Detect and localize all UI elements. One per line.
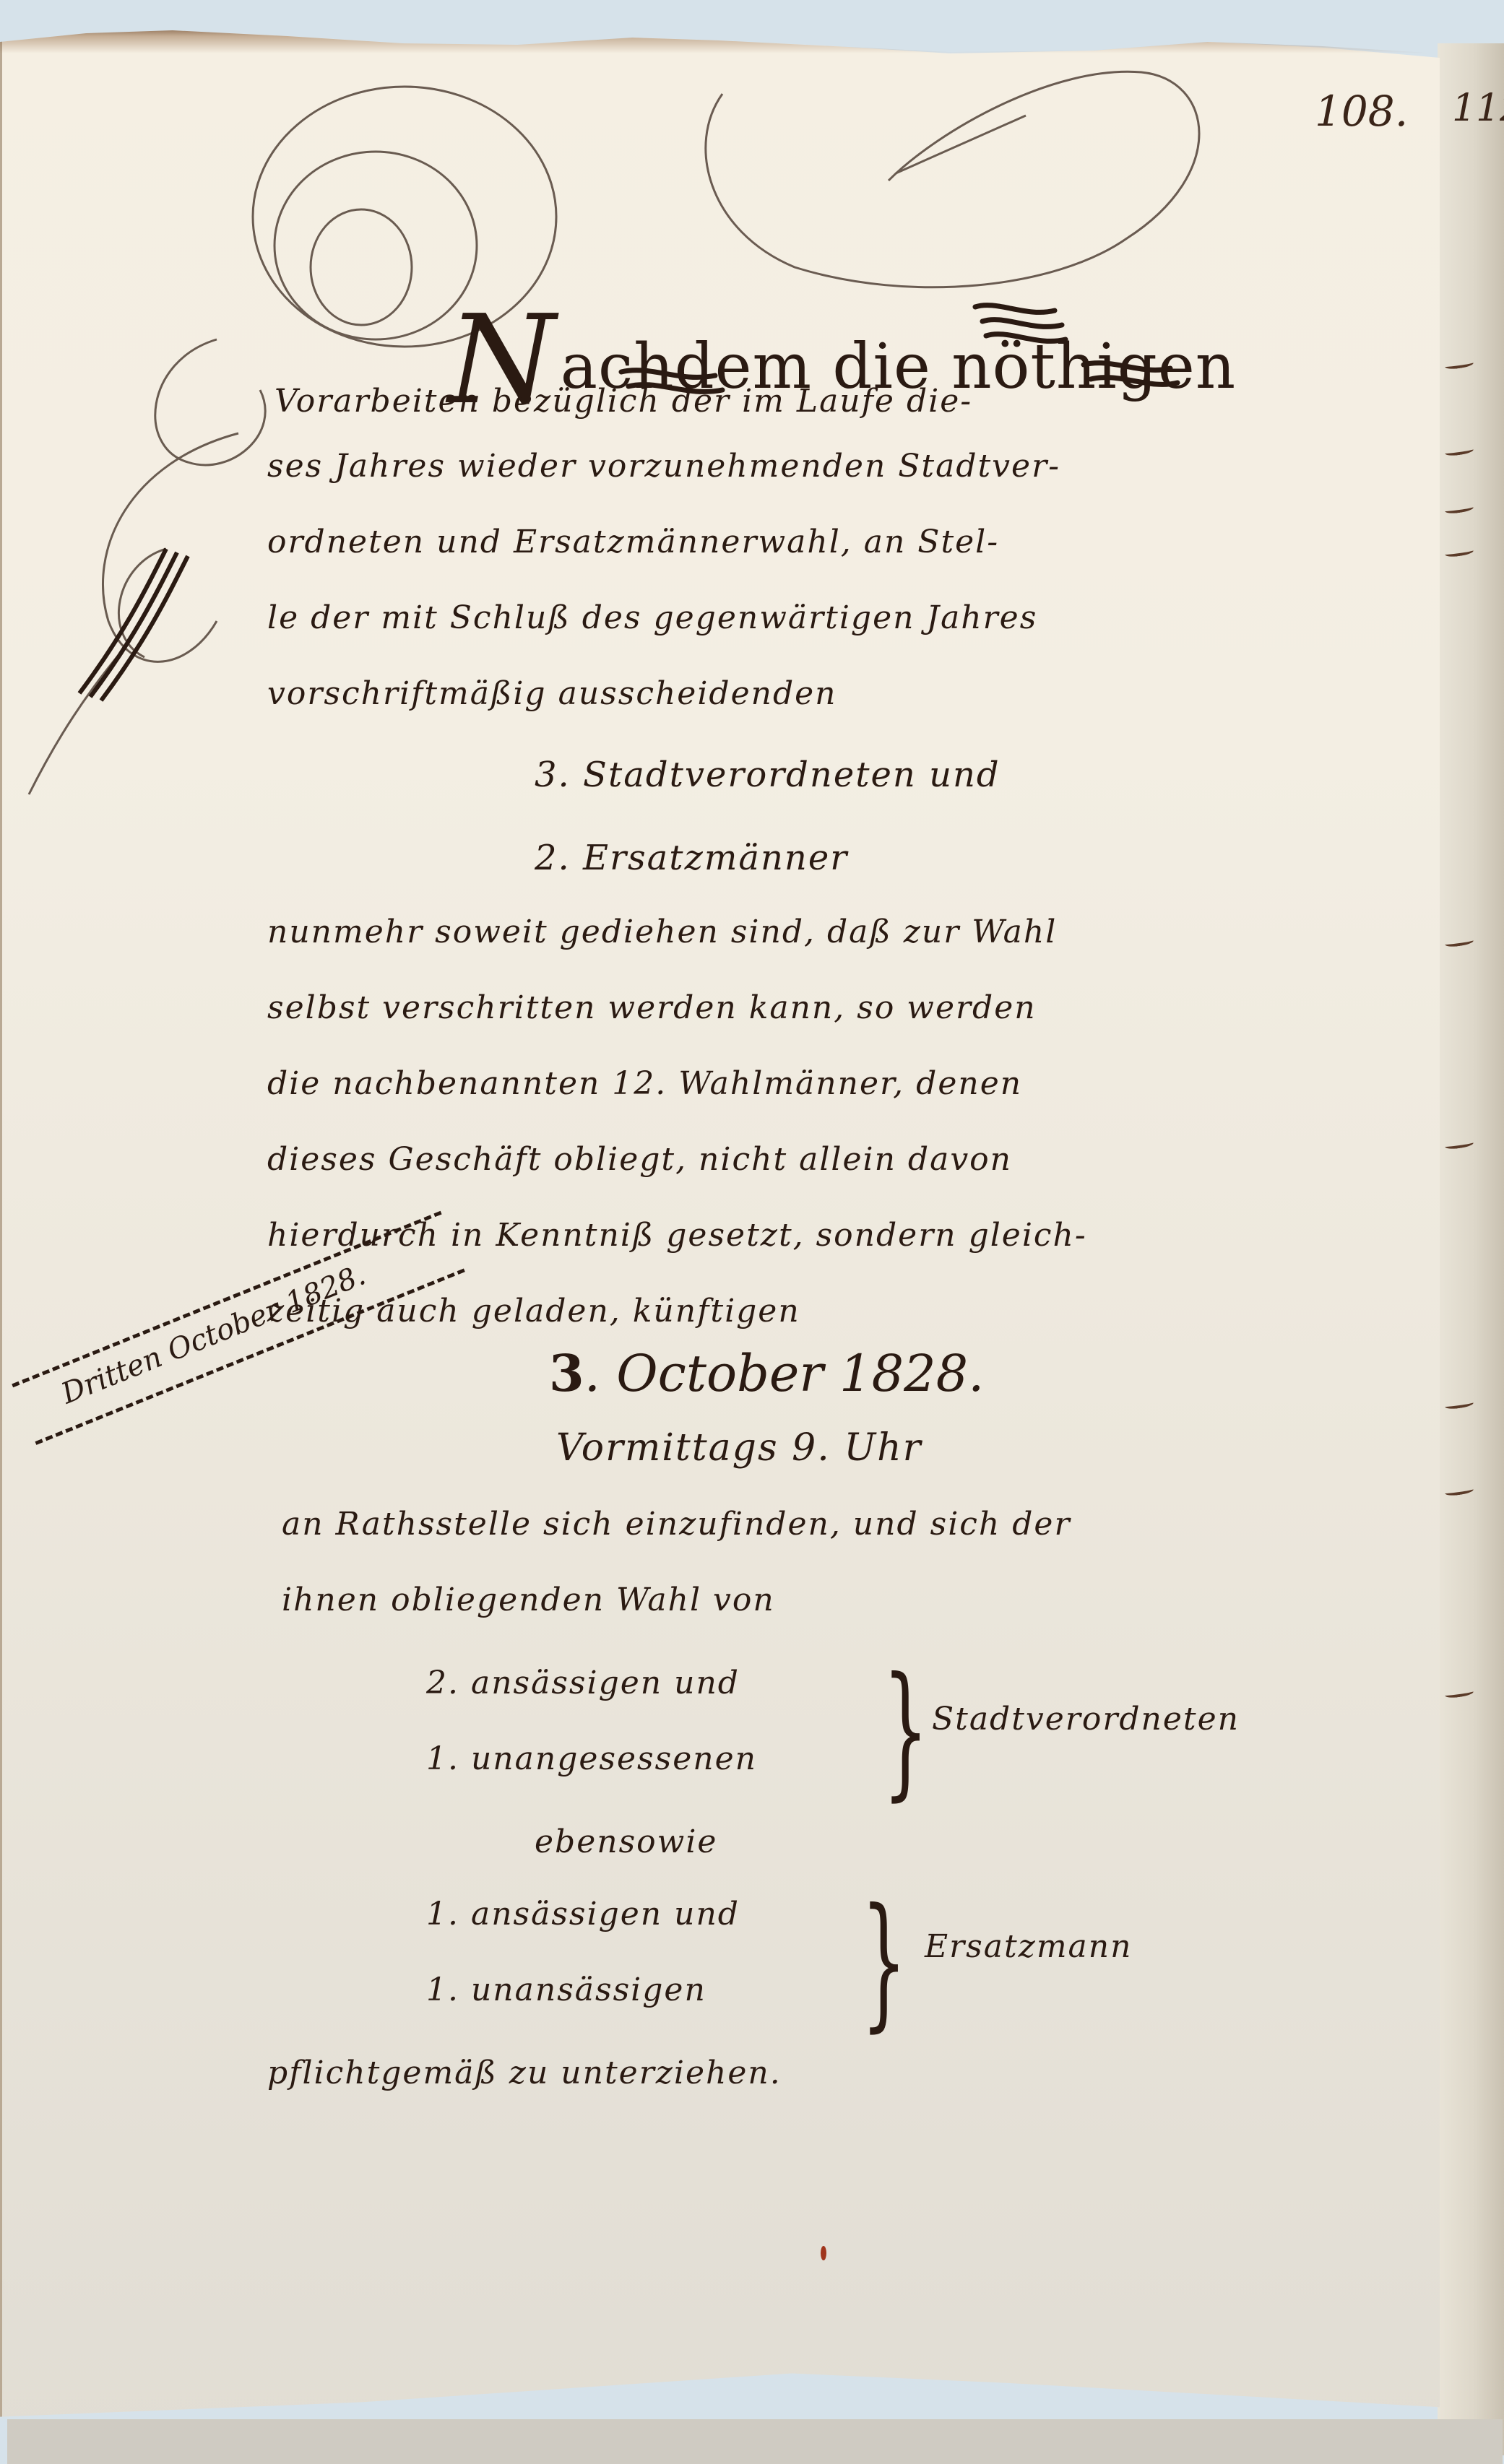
body-line: ihnen obliegenden Wahl von xyxy=(282,1582,775,1618)
body-line: le der mit Schluß des gegenwärtigen Jahr… xyxy=(267,599,1037,636)
group-item: 1. unansässigen xyxy=(426,1971,706,2008)
group-item: 1. unangesessenen xyxy=(426,1740,757,1777)
brace-icon: } xyxy=(883,1647,929,1815)
body-line: vorschriftmäßig ausscheidenden xyxy=(267,675,837,712)
body-line: dieses Geschäft obliegt, nicht allein da… xyxy=(267,1141,1012,1178)
body-line: ses Jahres wieder vorzunehmenden Stadtve… xyxy=(267,448,1060,485)
group-label: Ersatzmann xyxy=(925,1928,1132,1965)
date-month-year: . October 1828. xyxy=(584,1344,985,1403)
group-label: Stadtverordneten xyxy=(932,1701,1240,1738)
group-item: 1. ansässigen und xyxy=(426,1896,740,1932)
body-line: ordneten und Ersatzmännerwahl, an Stel- xyxy=(267,524,999,560)
brace-icon: } xyxy=(861,1878,907,2046)
connector-word: ebensowie xyxy=(535,1823,717,1860)
meeting-time: Vormittags 9. Uhr xyxy=(556,1426,922,1470)
ink-speck xyxy=(821,2246,826,2260)
page-bottom-edge xyxy=(7,2419,1503,2464)
meeting-date: 3. October 1828. xyxy=(549,1343,984,1403)
enumeration-line: 2. Ersatzmänner xyxy=(535,838,848,878)
date-day: 3 xyxy=(549,1343,584,1403)
body-line: selbst verschritten werden kann, so werd… xyxy=(267,989,1037,1026)
enumeration-line: 3. Stadtverordneten und xyxy=(535,755,1000,795)
body-line: die nachbenannten 12. Wahlmänner, denen xyxy=(267,1065,1022,1102)
body-line: an Rathsstelle sich einzufinden, und sic… xyxy=(282,1506,1071,1543)
document-scan: 108. 112 Nachdem die xyxy=(0,0,1504,2464)
body-line: Vorarbeiten bezüglich der im Laufe die- xyxy=(275,383,972,420)
closing-line: pflichtgemäß zu unterziehen. xyxy=(267,2055,782,2091)
group-item: 2. ansässigen und xyxy=(426,1665,740,1701)
calligraphic-flourish-icon xyxy=(0,0,1504,867)
body-line: nunmehr soweit gediehen sind, daß zur Wa… xyxy=(267,914,1057,950)
